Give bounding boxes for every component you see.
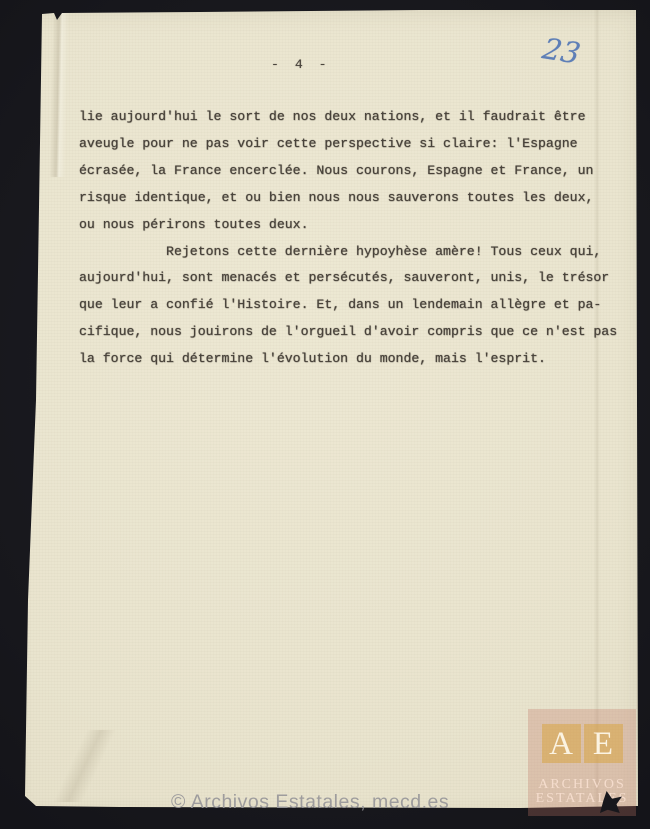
typed-line: risque identique, et ou bien nous nous s… [79, 185, 617, 212]
typed-line: écrasée, la France encerclée. Nous couro… [79, 158, 617, 185]
logo-letter-e: E [584, 724, 623, 763]
typed-line: aveugle pour ne pas voir cette perspecti… [79, 131, 617, 158]
typed-line: Rejetons cette dernière hypoyhèse amère!… [79, 239, 617, 266]
paper-crease-bottom-left [18, 730, 148, 802]
typed-line: la force qui détermine l'évolution du mo… [79, 346, 617, 373]
handwritten-folio-number: 23 [539, 32, 583, 71]
typed-line: lie aujourd'hui le sort de nos deux nati… [79, 104, 617, 131]
logo-caption-line1: ARCHIVOS [528, 778, 636, 792]
typed-line: aujourd'hui, sont menacés et persécutés,… [79, 265, 617, 292]
archivos-estatales-logo-watermark: A E ARCHIVOS ESTATALES [528, 709, 636, 816]
typed-text-block: lie aujourd'hui le sort de nos deux nati… [79, 104, 617, 373]
logo-letter-tiles: A E [528, 709, 636, 763]
logo-letter-a: A [542, 724, 581, 763]
typed-line: ou nous périrons toutes deux. [79, 212, 617, 239]
paper-sheet: - 4 - 23 lie aujourd'hui le sort de nos … [0, 0, 650, 829]
typed-line: que leur a confié l'Histoire. Et, dans u… [79, 292, 617, 319]
logo-caption: ARCHIVOS ESTATALES [528, 778, 636, 806]
page-number: - 4 - [271, 57, 331, 72]
typed-line: cifique, nous jouirons de l'orgueil d'av… [79, 319, 617, 346]
copyright-watermark: © Archivos Estatales, mecd.es [171, 791, 449, 814]
scanned-document-view: - 4 - 23 lie aujourd'hui le sort de nos … [0, 0, 650, 829]
